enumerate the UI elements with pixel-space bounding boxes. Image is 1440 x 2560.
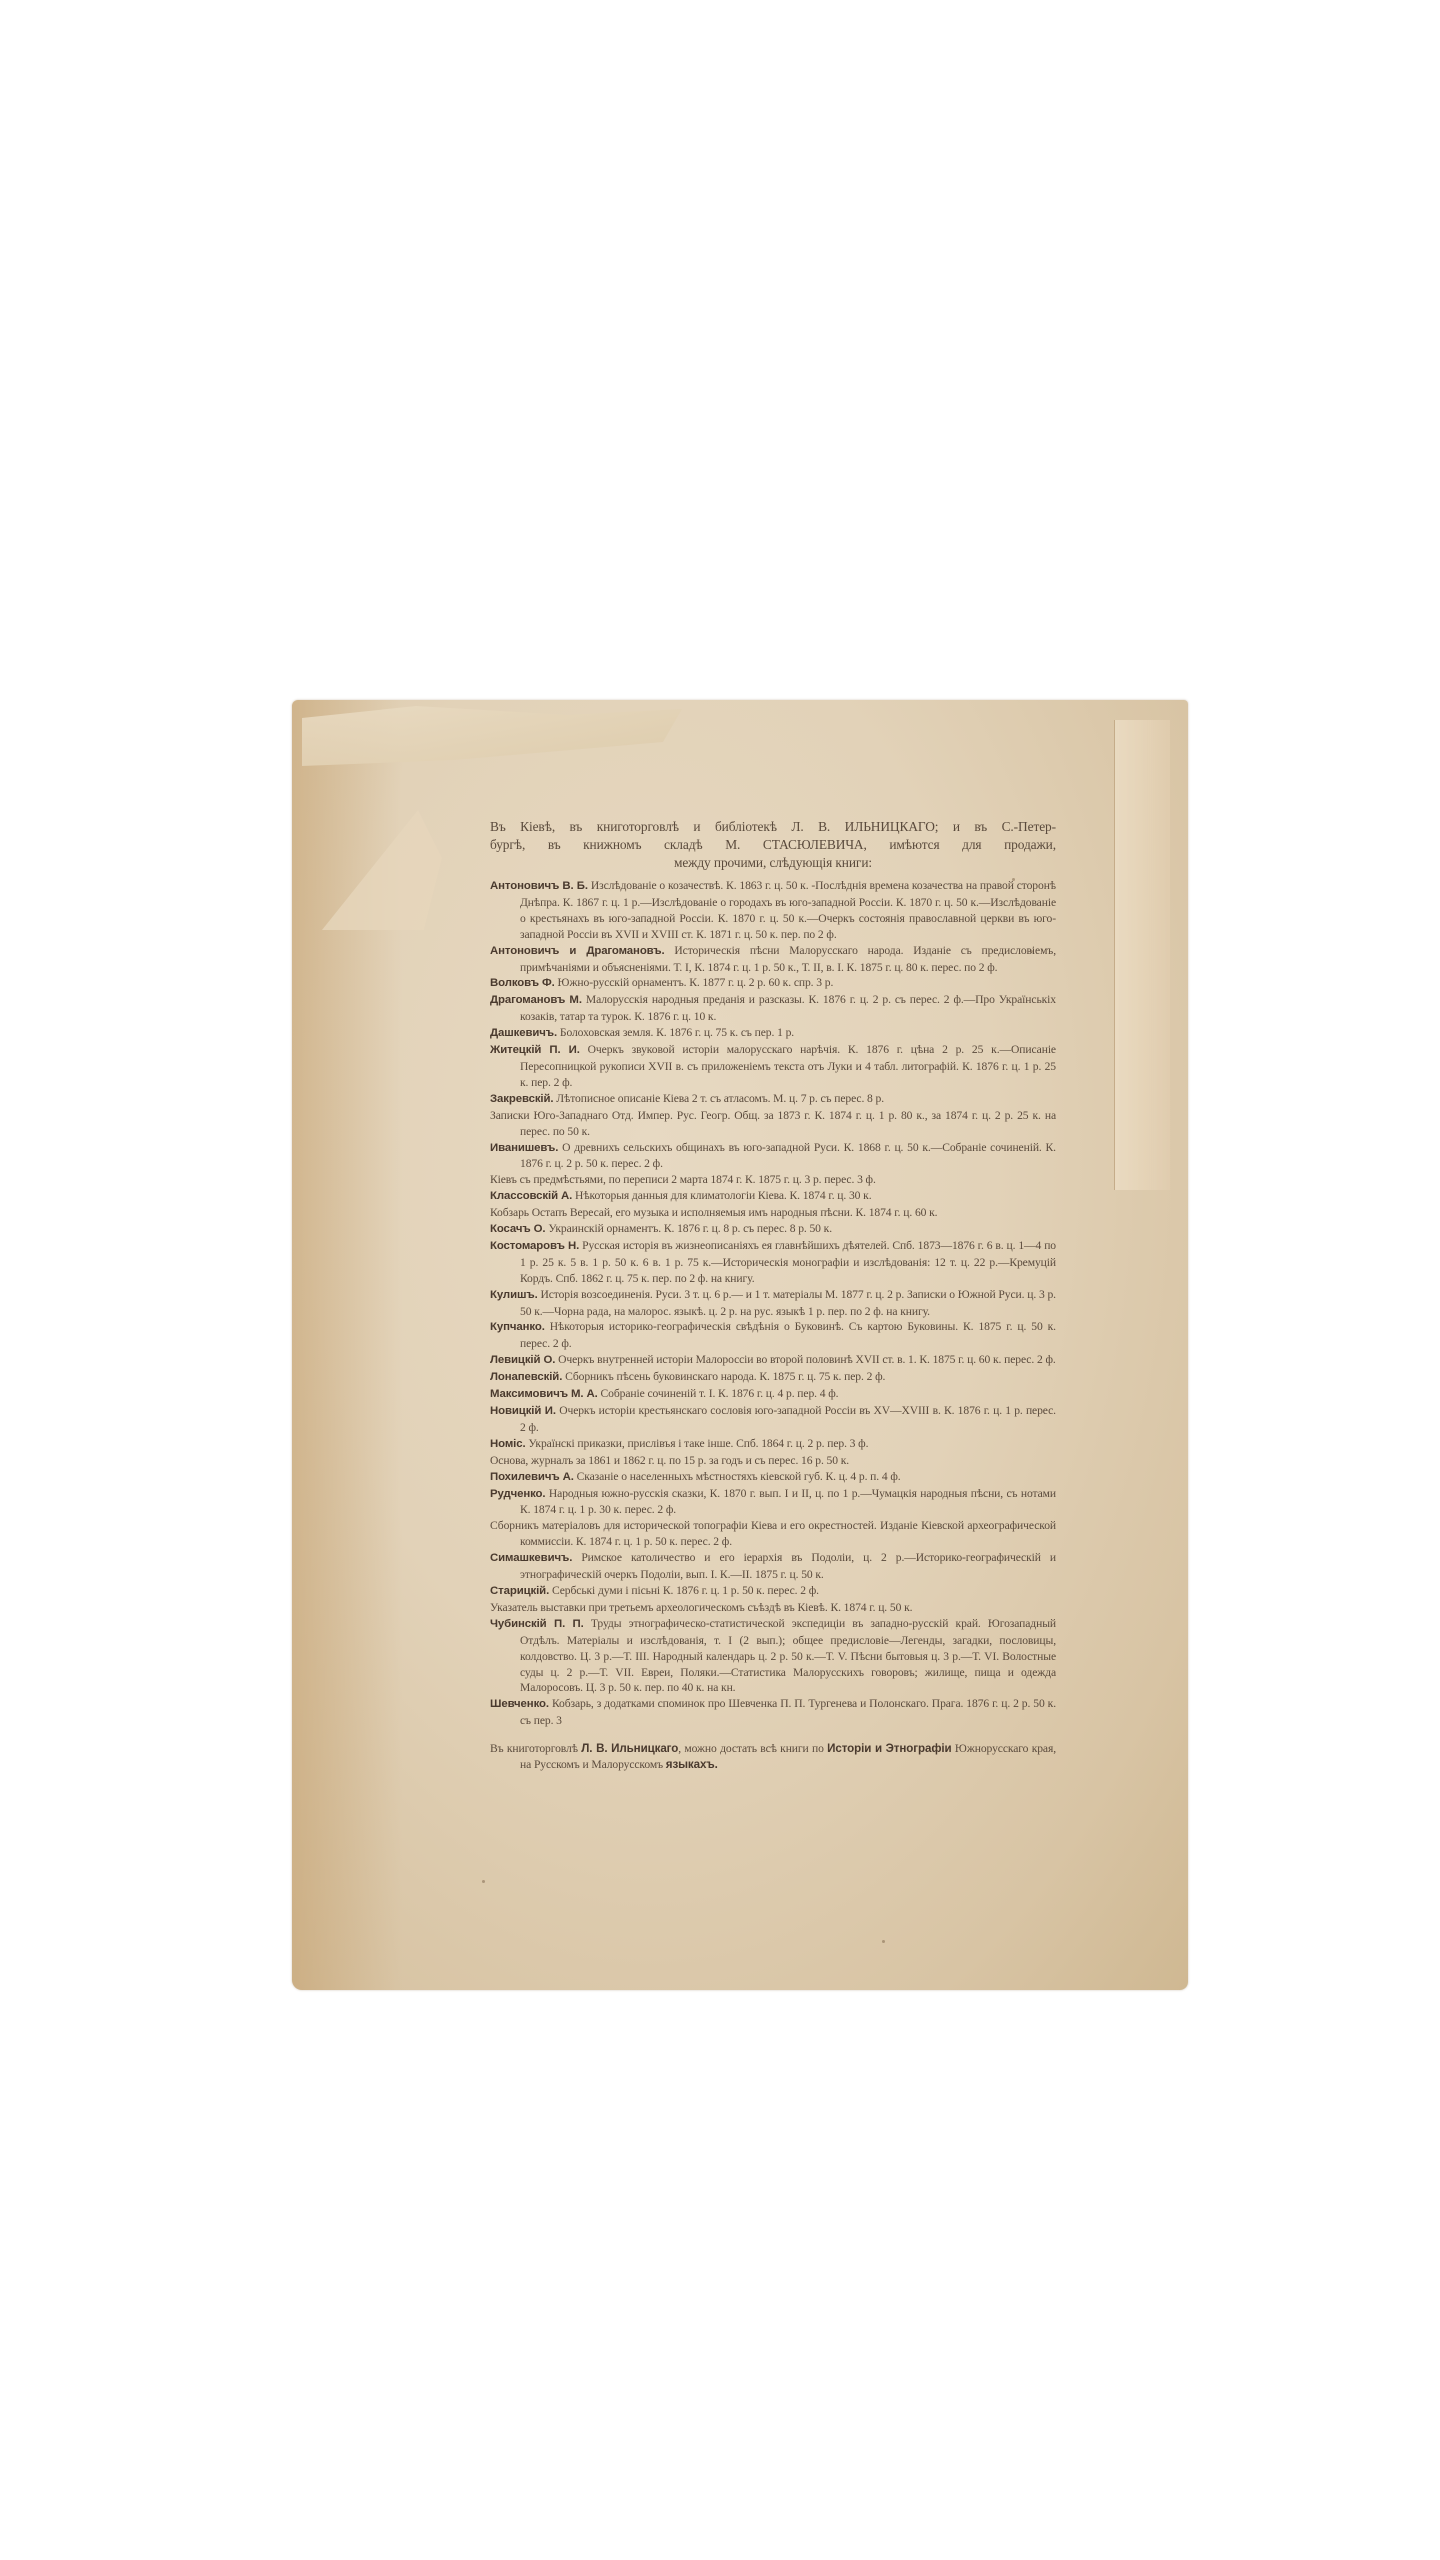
book-entry: Похилевичъ А. Сказаніе о населенныхъ мѣс… xyxy=(490,1469,1056,1486)
entry-text: Очеркъ внутренней исторіи Малороссіи во … xyxy=(558,1353,1056,1366)
entry-author: Купчанко. xyxy=(490,1321,545,1333)
book-list: Антоновичъ В. Б. Изслѣдованіе о козачест… xyxy=(490,878,1056,1729)
entry-text: Кіевъ съ предмѣстьями, по переписи 2 мар… xyxy=(490,1173,876,1186)
entry-author: Левицкій О. xyxy=(490,1354,555,1366)
book-entry: Волковъ Ф. Южно-русскій орнаментъ. К. 18… xyxy=(490,975,1056,992)
entry-author: Рудченко. xyxy=(490,1488,545,1500)
footer-note: Въ книготорговлѣ Л. В. Ильницкаго, можно… xyxy=(490,1741,1056,1773)
entry-text: Українскі приказки, прислівъя і таке інш… xyxy=(528,1437,868,1450)
entry-author: Драгомановъ М. xyxy=(490,994,582,1006)
entry-text: Болоховская земля. К. 1876 г. ц. 75 к. с… xyxy=(560,1026,794,1039)
footer-bold: Л. В. Ильницкаго xyxy=(581,1742,678,1755)
book-entry: Номіс. Українскі приказки, прислівъя і т… xyxy=(490,1436,1056,1453)
footer-bold: Исторіи и Этнографіи xyxy=(827,1742,951,1755)
foxing-spot xyxy=(482,1880,485,1883)
book-entry: Левицкій О. Очеркъ внутренней исторіи Ма… xyxy=(490,1352,1056,1369)
entry-text: Изслѣдованіе о козачествѣ. К. 1863 г. ц.… xyxy=(520,879,1056,941)
entry-text: Указатель выставки при третьемъ археолог… xyxy=(490,1601,912,1614)
entry-author: Кулишъ. xyxy=(490,1289,538,1301)
intro-line: Въ Кіевѣ, въ книготорговлѣ и библіотекѣ … xyxy=(490,818,1056,836)
antique-paper-page: Въ Кіевѣ, въ книготорговлѣ и библіотекѣ … xyxy=(292,700,1188,1990)
book-entry: Кіевъ съ предмѣстьями, по переписи 2 мар… xyxy=(490,1172,1056,1188)
entry-author: Номіс. xyxy=(490,1438,526,1450)
book-entry: Старицкій. Сербські думи і пісьні К. 187… xyxy=(490,1583,1056,1600)
book-entry: Указатель выставки при третьемъ археолог… xyxy=(490,1600,1056,1616)
entry-author: Костомаровъ Н. xyxy=(490,1240,579,1252)
entry-text: Кобзарь Остапъ Вересай, его музыка и исп… xyxy=(490,1206,937,1219)
entry-author: Волковъ Ф. xyxy=(490,977,555,989)
entry-text: Очеркъ исторіи крестьянскаго сословія юг… xyxy=(520,1404,1056,1434)
book-entry: Новицкій И. Очеркъ исторіи крестьянскаго… xyxy=(490,1403,1056,1436)
entry-text: Исторія возсоединенія. Руси. 3 т. ц. 6 р… xyxy=(520,1288,1056,1318)
book-entry: Симашкевичъ. Римское католичество и его … xyxy=(490,1550,1056,1583)
entry-author: Лонапевскій. xyxy=(490,1371,562,1383)
foxing-spot xyxy=(882,1940,885,1943)
entry-author: Симашкевичъ. xyxy=(490,1552,572,1564)
entry-text: Очеркъ звуковой исторіи малорусскаго нар… xyxy=(520,1043,1056,1089)
book-entry: Купчанко. Нѣкоторыя историко-географичес… xyxy=(490,1319,1056,1352)
intro-heading: Въ Кіевѣ, въ книготорговлѣ и библіотекѣ … xyxy=(490,818,1056,872)
book-entry: Чубинскій П. П. Труды этнографическо-ста… xyxy=(490,1616,1056,1697)
advertisement-text: Въ Кіевѣ, въ книготорговлѣ и библіотекѣ … xyxy=(490,818,1056,1784)
footer-text: Въ книготорговлѣ xyxy=(490,1742,581,1755)
entry-author: Шевченко. xyxy=(490,1698,549,1710)
book-entry: Основа, журналъ за 1861 и 1862 г. ц. по … xyxy=(490,1453,1056,1469)
entry-text: Сборникъ матеріаловъ для исторической то… xyxy=(490,1519,1056,1548)
entry-author: Житецкій П. И. xyxy=(490,1044,580,1056)
footer-text: Русскомъ xyxy=(534,1758,580,1771)
book-entry: Сборникъ матеріаловъ для исторической то… xyxy=(490,1518,1056,1550)
torn-paper-edge xyxy=(302,706,682,766)
entry-text: Записки Юго-Западнаго Отд. Импер. Рус. Г… xyxy=(490,1109,1056,1138)
entry-author: Похилевичъ А. xyxy=(490,1471,574,1483)
entry-text: Основа, журналъ за 1861 и 1862 г. ц. по … xyxy=(490,1454,849,1467)
entry-text: Собраніе сочиненій т. I. К. 1876 г. ц. 4… xyxy=(601,1387,839,1400)
footer-text: , можно достать всѣ книги по xyxy=(678,1742,827,1755)
entry-text: Сборникъ пѣсень буковинскаго народа. К. … xyxy=(565,1370,885,1383)
entry-author: Дашкевичъ. xyxy=(490,1027,557,1039)
book-entry: Кобзарь Остапъ Вересай, его музыка и исп… xyxy=(490,1205,1056,1221)
entry-author: Закревскій. xyxy=(490,1093,553,1105)
torn-paper-flap xyxy=(322,810,442,930)
book-entry: Рудченко. Народныя южно-русскія сказки, … xyxy=(490,1486,1056,1519)
book-entry: Драгомановъ М. Малорусскія народныя пред… xyxy=(490,992,1056,1025)
book-entry: Косачъ О. Украинскій орнаментъ. К. 1876 … xyxy=(490,1221,1056,1238)
intro-line: бургѣ, въ книжномъ складѣ М. СТАСЮЛЕВИЧА… xyxy=(490,836,1056,854)
book-entry: Костомаровъ Н. Русская исторія въ жизнео… xyxy=(490,1238,1056,1287)
entry-text: Труды этнографическо-статистической эксп… xyxy=(520,1617,1056,1695)
book-entry: Закревскій. Лѣтописное описаніе Кіева 2 … xyxy=(490,1091,1056,1108)
book-entry: Кулишъ. Исторія возсоединенія. Руси. 3 т… xyxy=(490,1287,1056,1320)
book-entry: Максимовичъ М. А. Собраніе сочиненій т. … xyxy=(490,1386,1056,1403)
intro-line: между прочими, слѣдующія книги: xyxy=(490,854,1056,872)
book-entry: Житецкій П. И. Очеркъ звуковой исторіи м… xyxy=(490,1042,1056,1091)
footer-text: и Малорусскомъ xyxy=(580,1758,666,1771)
entry-text: Кобзарь, з додатками споминок про Шевчен… xyxy=(520,1697,1056,1727)
entry-author: Классовскій А. xyxy=(490,1190,572,1202)
book-entry: Дашкевичъ. Болоховская земля. К. 1876 г.… xyxy=(490,1025,1056,1042)
entry-author: Антоновичъ В. Б. xyxy=(490,880,588,892)
book-entry: Антоновичъ В. Б. Изслѣдованіе о козачест… xyxy=(490,878,1056,943)
entry-text: О древнихъ сельскихъ общинахъ въ юго-зап… xyxy=(520,1141,1056,1171)
entry-text: Русская исторія въ жизнеописаніяхъ ея гл… xyxy=(520,1239,1056,1285)
entry-text: Нѣкоторыя историко-географическія свѣдѣн… xyxy=(520,1320,1056,1350)
book-entry: Записки Юго-Западнаго Отд. Импер. Рус. Г… xyxy=(490,1108,1056,1140)
entry-author: Иванишевъ. xyxy=(490,1142,558,1154)
book-entry: Классовскій А. Нѣкоторыя данныя для клим… xyxy=(490,1188,1056,1205)
entry-author: Старицкій. xyxy=(490,1585,549,1597)
book-entry: Иванишевъ. О древнихъ сельскихъ общинахъ… xyxy=(490,1140,1056,1173)
entry-text: Малорусскія народныя преданія и разсказы… xyxy=(520,993,1056,1023)
entry-text: Римское католичество и его іерархія въ П… xyxy=(520,1551,1056,1581)
entry-text: Южно-русскій орнаментъ. К. 1877 г. ц. 2 … xyxy=(558,976,834,989)
entry-text: Народныя южно-русскія сказки, К. 1870 г.… xyxy=(520,1487,1056,1517)
book-entry: Лонапевскій. Сборникъ пѣсень буковинскаг… xyxy=(490,1369,1056,1386)
entry-author: Косачъ О. xyxy=(490,1223,546,1235)
entry-author: Чубинскій П. П. xyxy=(490,1618,584,1630)
entry-text: Сказаніе о населенныхъ мѣстностяхъ кіевс… xyxy=(577,1470,901,1483)
entry-text: Нѣкоторыя данныя для климатологіи Кіева.… xyxy=(575,1189,871,1202)
entry-author: Максимовичъ М. А. xyxy=(490,1388,598,1400)
book-entry: Антоновичъ и Драгомановъ. Историческія п… xyxy=(490,943,1056,976)
entry-text: Лѣтописное описаніе Кіева 2 т. съ атласо… xyxy=(556,1092,884,1105)
footer-bold: языкахъ. xyxy=(666,1758,718,1771)
entry-text: Украинскій орнаментъ. К. 1876 г. ц. 8 р.… xyxy=(548,1222,832,1235)
entry-text: Сербські думи і пісьні К. 1876 г. ц. 1 р… xyxy=(552,1584,819,1597)
entry-author: Новицкій И. xyxy=(490,1405,556,1417)
book-entry: Шевченко. Кобзарь, з додатками споминок … xyxy=(490,1696,1056,1729)
entry-author: Антоновичъ и Драгомановъ. xyxy=(490,945,665,957)
